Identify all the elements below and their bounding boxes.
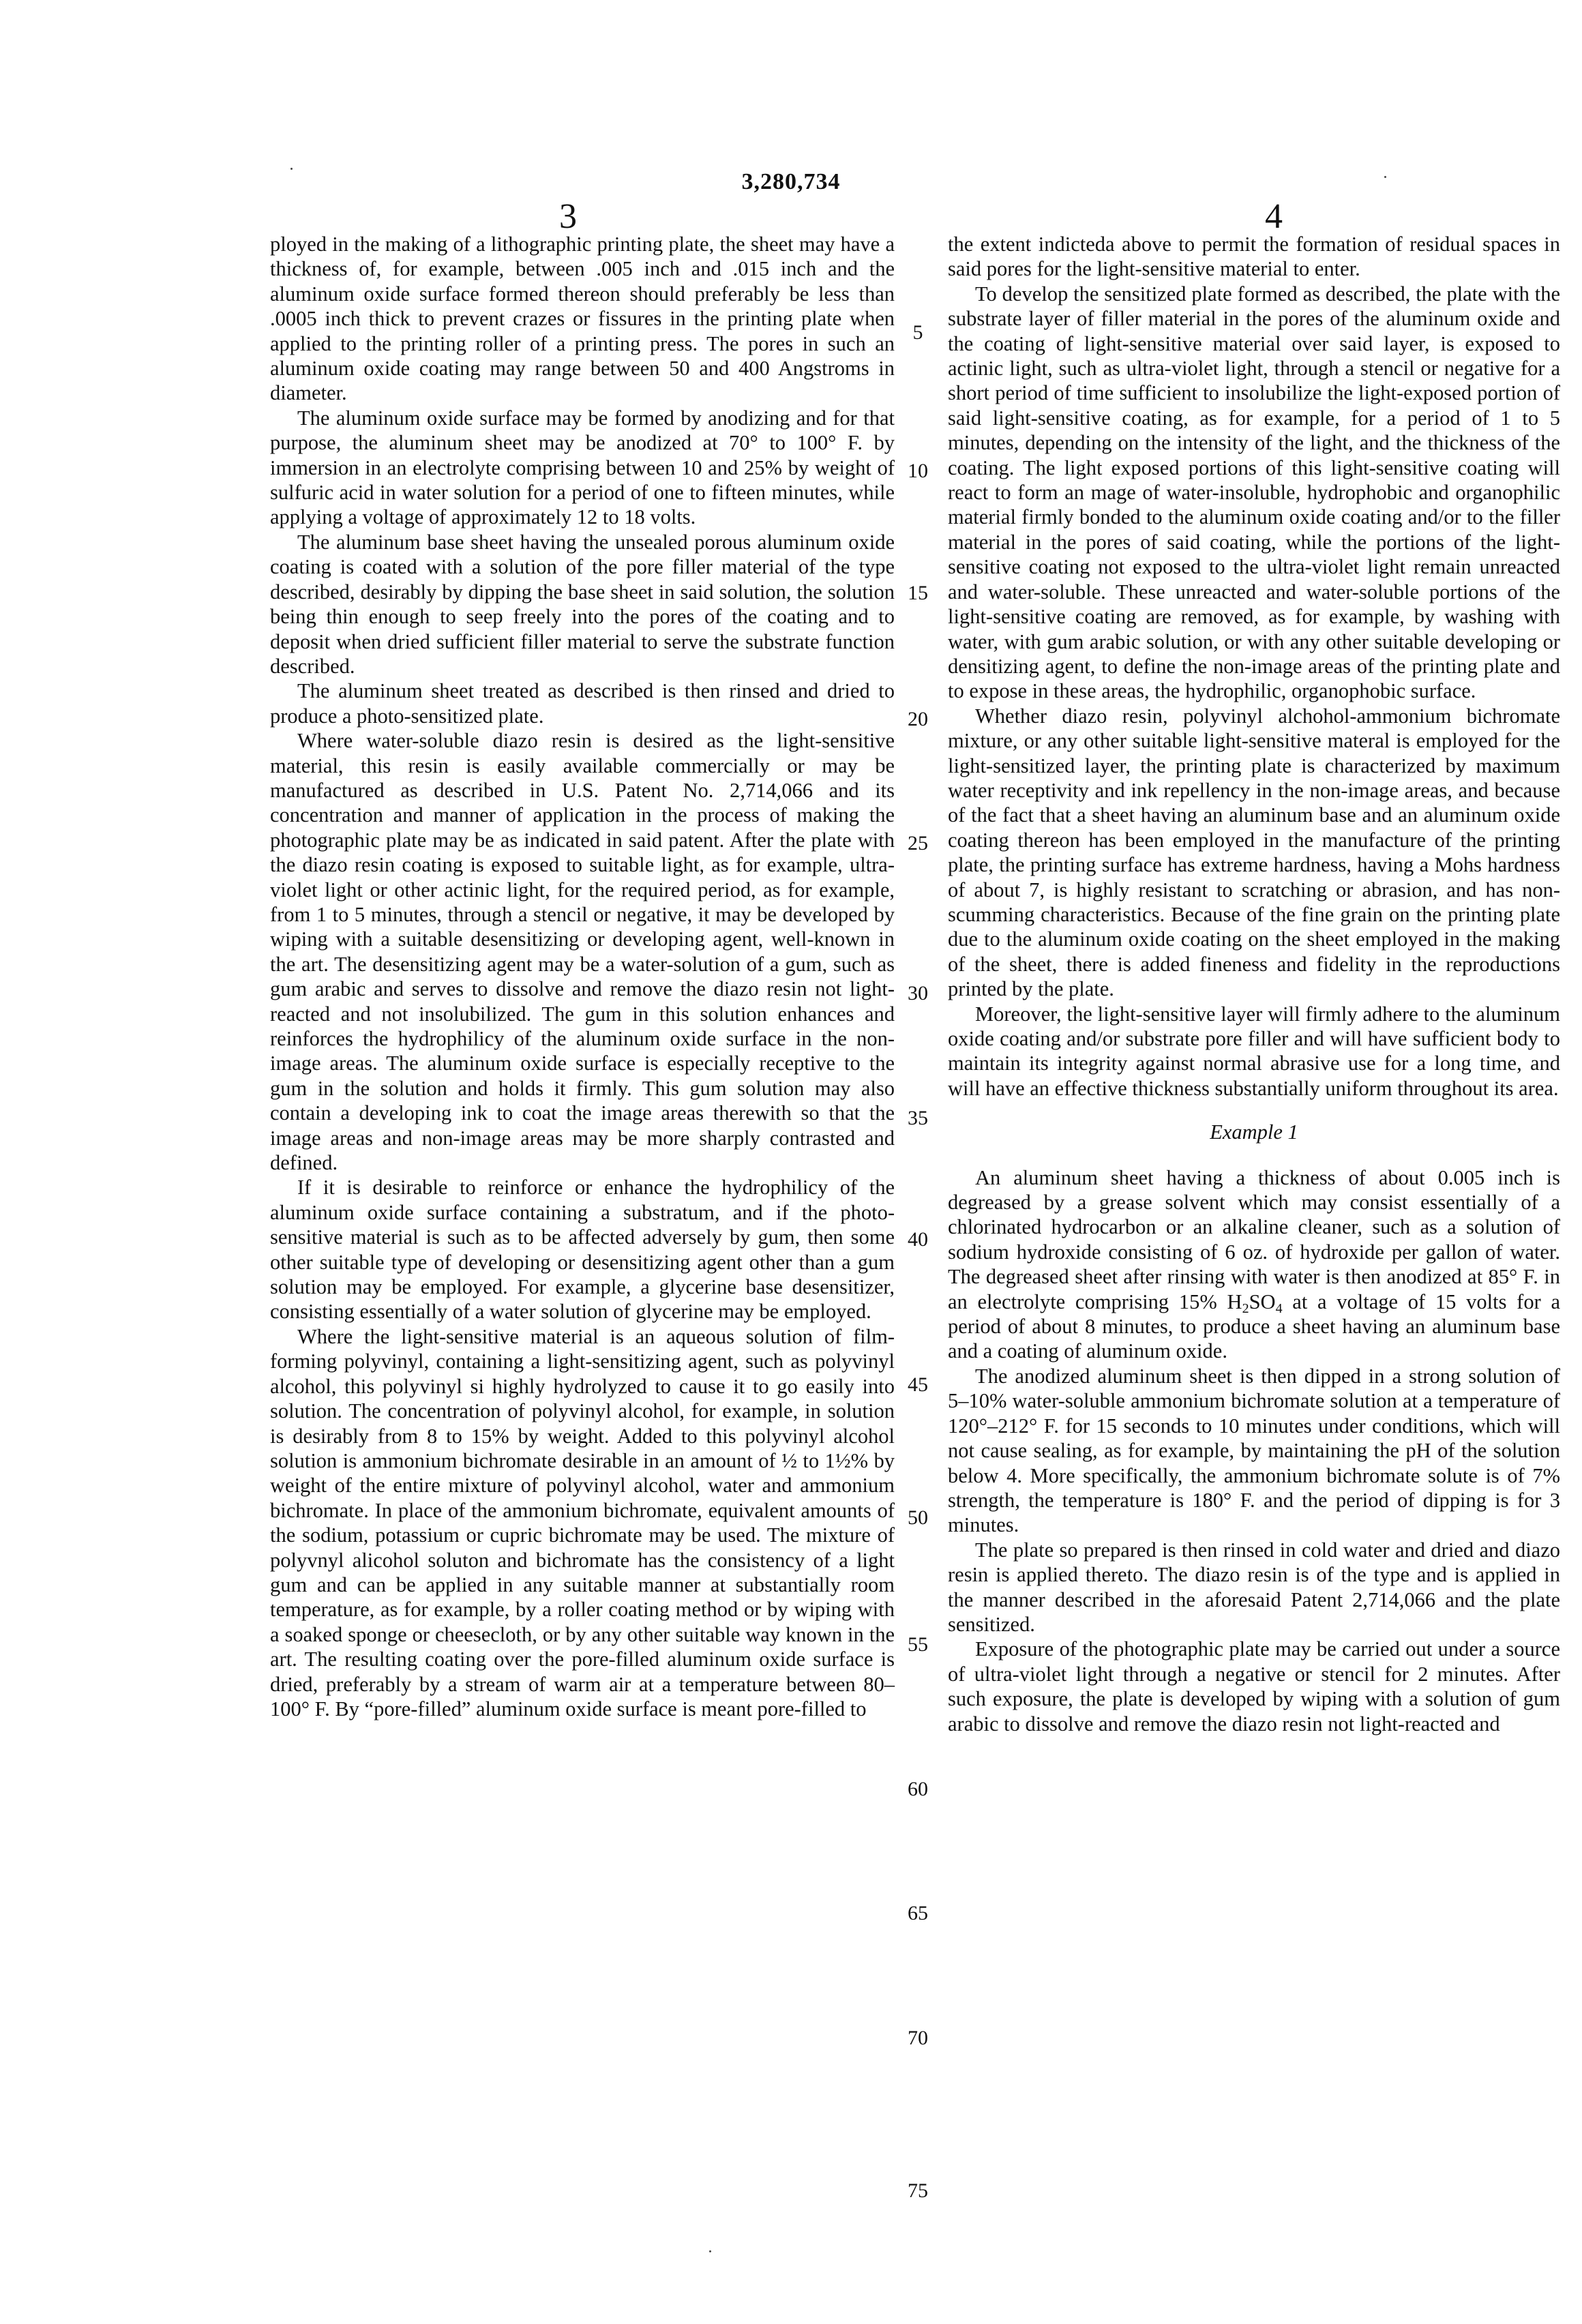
paragraph: the extent indicteda above to permit the… <box>948 232 1560 282</box>
line-number: 10 <box>899 459 937 483</box>
line-number: 40 <box>899 1227 937 1252</box>
paragraph: The plate so prepared is then rinsed in … <box>948 1538 1560 1637</box>
line-number: 65 <box>899 1901 937 1926</box>
line-number: 15 <box>899 581 937 606</box>
example-heading: Example 1 <box>948 1120 1560 1144</box>
paragraph: Where water-soluble diazo resin is desir… <box>270 728 895 1175</box>
paragraph: If it is desirable to reinforce or enhan… <box>270 1175 895 1324</box>
example-paragraph: An aluminum sheet having a thickness of … <box>948 1165 1560 1364</box>
paragraph: Moreover, the light-sensitive layer will… <box>948 1002 1560 1101</box>
paragraph: Whether diazo resin, polyvinyl alchohol-… <box>948 704 1560 1002</box>
line-number: 5 <box>899 321 937 345</box>
column-number-left: 3 <box>559 199 577 235</box>
scan-speck <box>1384 176 1386 178</box>
formula-subscript: 4 <box>1276 1301 1283 1316</box>
paragraph: The aluminum base sheet having the unsea… <box>270 530 895 679</box>
scan-speck <box>290 168 293 170</box>
formula-text: SO <box>1249 1290 1276 1313</box>
line-number: 30 <box>899 981 937 1006</box>
line-number: 50 <box>899 1506 937 1530</box>
line-number: 45 <box>899 1373 937 1397</box>
paragraph: ployed in the making of a lithographic p… <box>270 232 895 406</box>
patent-number: 3,280,734 <box>0 169 1582 195</box>
line-number: 25 <box>899 831 937 856</box>
column-number-right: 4 <box>1265 199 1283 235</box>
scan-speck <box>709 2250 711 2252</box>
paragraph: Where the light-sensitive material is an… <box>270 1324 895 1722</box>
line-number: 75 <box>899 2179 937 2203</box>
line-number: 35 <box>899 1106 937 1131</box>
line-number: 20 <box>899 707 937 732</box>
left-text-column: ployed in the making of a lithographic p… <box>270 232 895 1721</box>
paragraph: The anodized aluminum sheet is then dipp… <box>948 1364 1560 1538</box>
paragraph: Exposure of the photographic plate may b… <box>948 1637 1560 1736</box>
line-number: 70 <box>899 2026 937 2051</box>
line-number: 55 <box>899 1633 937 1657</box>
paragraph: The aluminum sheet treated as described … <box>270 679 895 728</box>
line-number: 60 <box>899 1777 937 1802</box>
paragraph: To develop the sensitized plate formed a… <box>948 282 1560 704</box>
right-text-column: the extent indicteda above to permit the… <box>948 232 1560 1736</box>
paragraph: The aluminum oxide surface may be formed… <box>270 406 895 530</box>
formula-subscript: 2 <box>1242 1301 1249 1316</box>
